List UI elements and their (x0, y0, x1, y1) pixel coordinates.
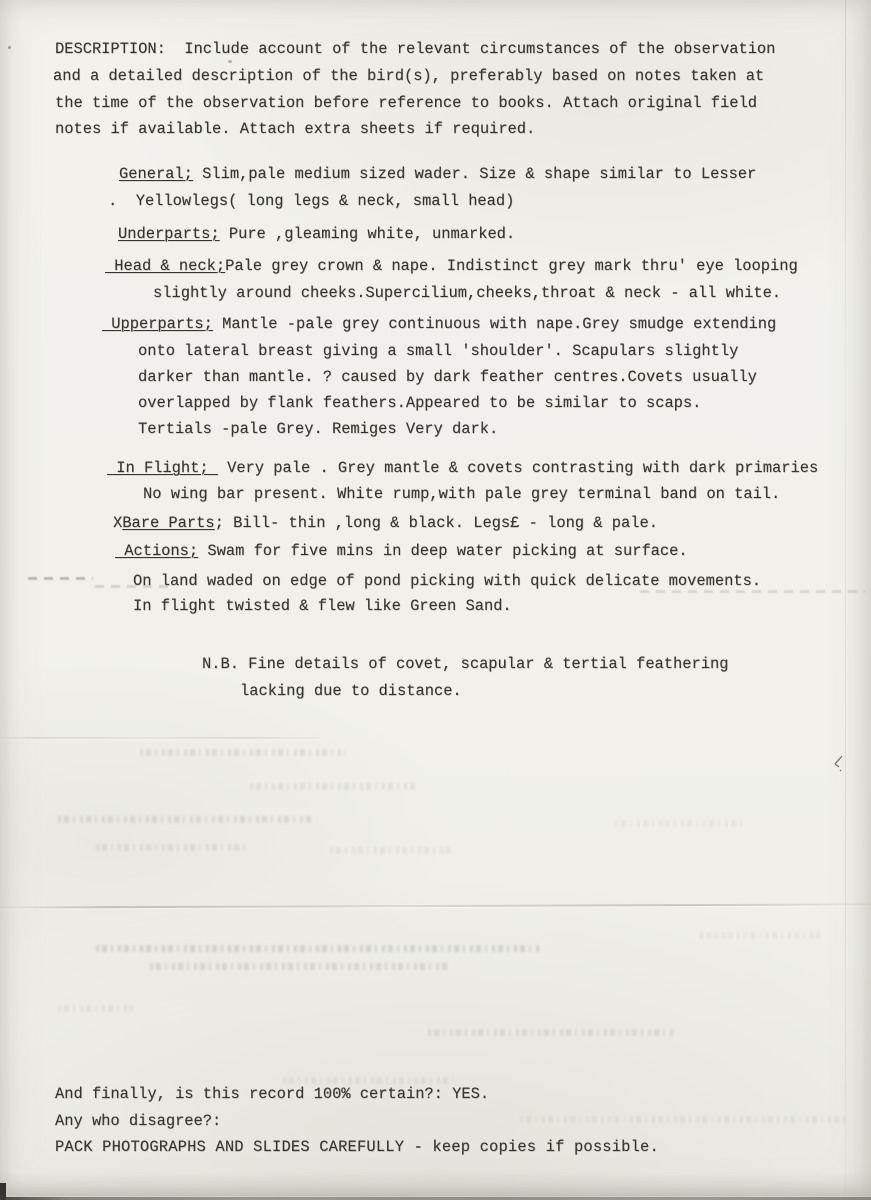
footer-disagree-line: Any who disagree?: (55, 1112, 221, 1131)
section-bare-parts: XBare Parts; Bill- thin ,long & black. L… (113, 514, 658, 533)
scanned-document-page: DESCRIPTION: Include account of the rele… (0, 0, 871, 1200)
section-actions: Actions; Swam for five mins in deep wate… (115, 542, 688, 561)
section-label-general: General; (119, 165, 193, 183)
scan-edge-line (845, 0, 846, 1200)
pencil-dash-mark (28, 577, 93, 580)
section-general: General; Slim,pale medium sized wader. S… (119, 165, 756, 184)
section-in-flight: In Flight; Very pale . Grey mantle & cov… (107, 459, 818, 478)
footer-certain-line: And finally, is this record 100% certain… (55, 1085, 489, 1104)
section-upperparts-cont1: onto lateral breast giving a small 'shou… (138, 342, 738, 361)
bleed-through-artifact (283, 1077, 453, 1084)
section-label-underparts: Underparts; (118, 225, 220, 243)
intro-line-1: DESCRIPTION: Include account of the rele… (55, 40, 775, 59)
section-head-neck-cont: slightly around cheeks.Supercilium,cheek… (153, 284, 781, 303)
bleed-through-artifact (140, 749, 345, 756)
scan-speck (228, 60, 232, 63)
bleed-through-artifact (520, 1116, 850, 1123)
section-general-cont: . Yellowlegs( long legs & neck, small he… (108, 192, 514, 211)
bleed-through-artifact (58, 816, 313, 823)
fold-crease (0, 737, 320, 739)
bleed-through-artifact (96, 945, 541, 952)
bleed-through-artifact (615, 820, 745, 827)
section-text: Pale grey crown & nape. Indistinct grey … (225, 257, 798, 275)
section-text: Mantle -pale grey continuous with nape.G… (213, 315, 776, 333)
bleed-through-artifact (150, 963, 450, 970)
section-text: Very pale . Grey mantle & covets contras… (218, 459, 818, 477)
bleed-through-artifact (330, 847, 450, 854)
section-label-head-neck: Head & neck; (105, 257, 225, 275)
strikeover-x: X (113, 514, 122, 532)
nb-note-line2: lacking due to distance. (240, 682, 462, 701)
section-text: Slim,pale medium sized wader. Size & sha… (193, 165, 756, 183)
section-in-flight-cont: No wing bar present. White rump,with pal… (143, 485, 780, 504)
section-label-actions: Actions; (115, 542, 198, 560)
bottom-shadow-band (0, 1172, 871, 1196)
intro-line-2: and a detailed description of the bird(s… (53, 67, 764, 86)
section-head-neck: Head & neck;Pale grey crown & nape. Indi… (105, 257, 798, 276)
fold-crease (0, 903, 871, 908)
section-upperparts-cont3: overlapped by flank feathers.Appeared to… (138, 394, 701, 413)
intro-line-4: notes if available. Attach extra sheets … (55, 120, 535, 139)
section-upperparts-cont2: darker than mantle. ? caused by dark fea… (138, 368, 757, 387)
bleed-through-artifact (700, 932, 820, 939)
section-text: Swam for five mins in deep water picking… (198, 542, 688, 560)
bleed-through-artifact (428, 1029, 673, 1036)
section-actions-cont2: In flight twisted & flew like Green Sand… (133, 597, 512, 616)
section-label-in-flight: In Flight; (107, 459, 218, 477)
scan-corner-notch (0, 1183, 6, 1200)
scan-speck (8, 46, 11, 49)
section-upperparts-cont4: Tertials -pale Grey. Remiges Very dark. (138, 420, 498, 439)
section-upperparts: Upperparts; Mantle -pale grey continuous… (102, 315, 776, 334)
section-text: Pure ,gleaming white, unmarked. (220, 225, 516, 243)
bleed-through-artifact (96, 844, 246, 851)
pen-squiggle-mark (830, 755, 846, 773)
bleed-through-artifact (58, 1005, 133, 1012)
section-underparts: Underparts; Pure ,gleaming white, unmark… (118, 225, 515, 244)
intro-line-3: the time of the observation before refer… (55, 94, 757, 113)
section-label-bare-parts: Bare Parts (122, 514, 214, 532)
bleed-through-artifact (250, 783, 415, 790)
section-label-upperparts: Upperparts; (102, 315, 213, 333)
nb-note-line1: N.B. Fine details of covet, scapular & t… (202, 655, 728, 674)
section-text: ; Bill- thin ,long & black. Legs£ - long… (215, 514, 658, 532)
section-actions-cont1: On land waded on edge of pond picking wi… (133, 572, 761, 591)
footer-pack-line: PACK PHOTOGRAPHS AND SLIDES CAREFULLY - … (55, 1138, 659, 1157)
